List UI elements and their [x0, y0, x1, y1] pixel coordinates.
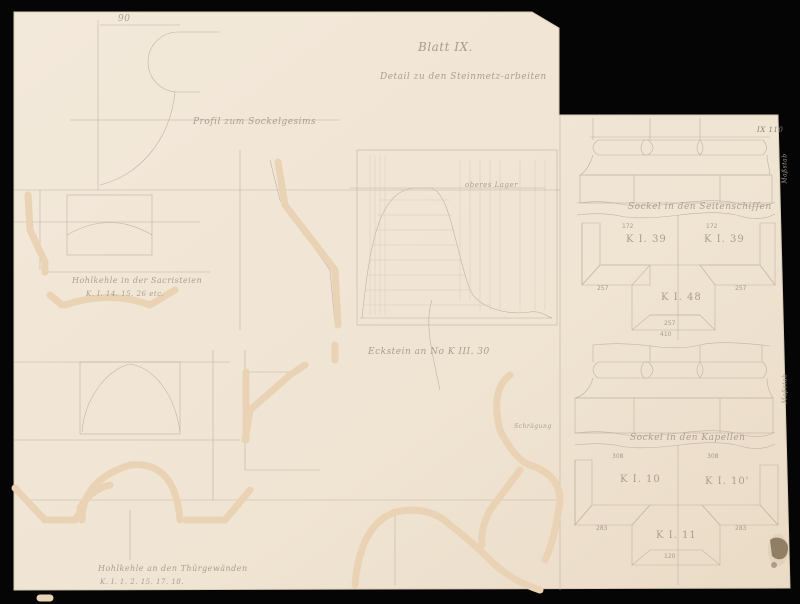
dimension: 257 [735, 285, 746, 292]
dimension: 308 [707, 453, 718, 460]
dimension: 120 [664, 553, 675, 560]
sheet-title: Blatt IX. [418, 40, 473, 54]
block-label: K I. 48 [661, 292, 702, 303]
label-sockelprofil: Profil zum Sockelgesims [193, 117, 316, 127]
block-label: K I. 10' [705, 476, 749, 487]
label-seitenschiff: Sockel in den Seitenschiffen [628, 202, 772, 212]
side-note-kapellen: Maßstab [782, 373, 789, 403]
label-sakristei: Hohlkehle in der Sacristeien [72, 276, 202, 285]
sublabel-sakristei: K. I. 14. 15. 26 etc. [86, 290, 164, 298]
note-oberes-lager: oberes Lager [465, 181, 518, 189]
dimension: 308 [612, 453, 623, 460]
block-label: K I. 39 [704, 234, 745, 245]
dimension: 257 [664, 320, 675, 327]
dimension: 257 [597, 285, 608, 292]
label-kapellen: Sockel in den Kapellen [630, 433, 745, 443]
block-label: K I. 11 [656, 530, 697, 541]
block-label: K I. 10 [620, 474, 661, 485]
label-schraegung: Schrägung [514, 423, 552, 430]
sheet-number: IX 110 [757, 126, 783, 134]
top-dimension: 90 [118, 14, 130, 24]
sublabel-thuer: K. I. 1. 2. 15. 17. 18. [100, 578, 184, 586]
label-thuer: Hohlkehle an den Thürgewänden [98, 564, 248, 573]
sheet-subtitle: Detail zu den Steinmetz-arbeiten [380, 72, 547, 82]
label-eckstein: Eckstein an No K III. 30 [368, 347, 490, 357]
block-label: K I. 39 [626, 234, 667, 245]
dimension: 283 [735, 525, 746, 532]
dimension: 172 [706, 223, 717, 230]
side-note-seitenschiff: Maßstab [782, 153, 789, 183]
dimension: 172 [622, 223, 633, 230]
dimension: 283 [596, 525, 607, 532]
dimension: 410 [660, 331, 671, 338]
